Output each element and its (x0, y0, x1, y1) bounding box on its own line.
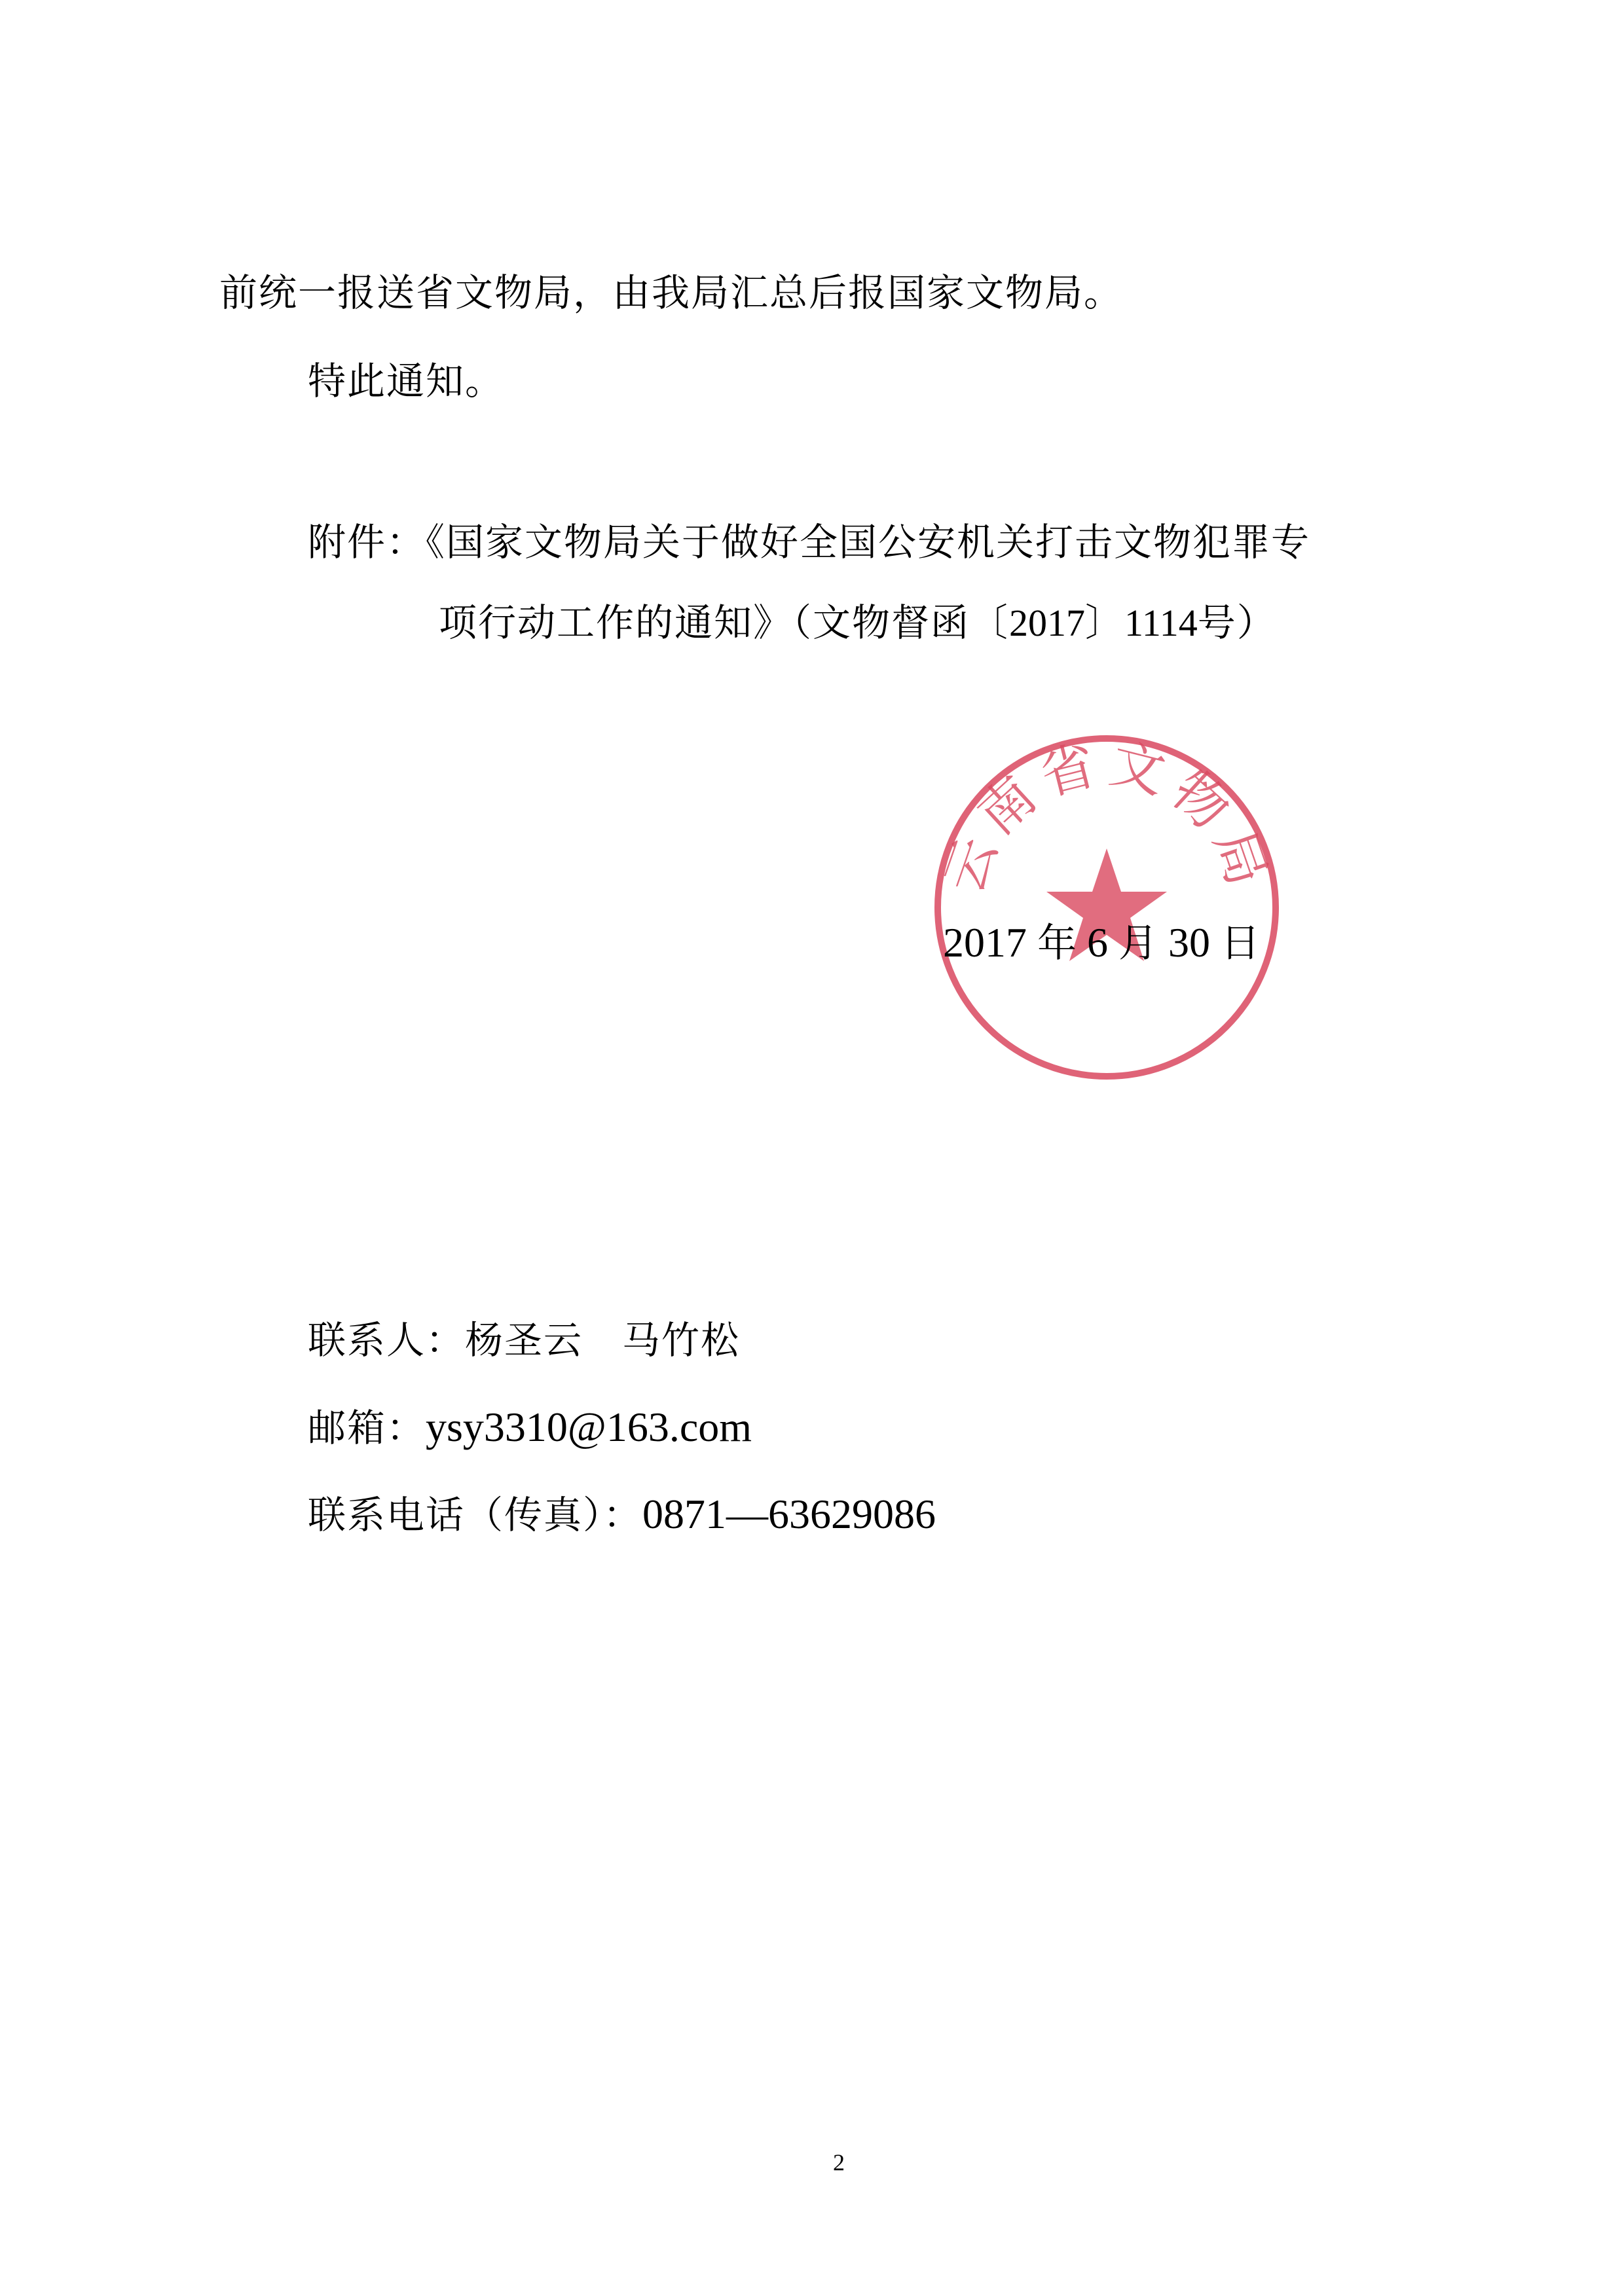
attachment-line-1: 附件：《国家文物局关于做好全国公安机关打击文物犯罪专 (308, 519, 1310, 565)
document-page: 前统一报送省文物局，由我局汇总后报国家文物局。 特此通知。 附件：《国家文物局关… (0, 0, 1624, 2296)
date-month-unit: 月 (1118, 920, 1158, 966)
contact-phone-label: 联系电话（传真）： (308, 1493, 642, 1537)
attachment-label: 附件： (308, 520, 426, 564)
contact-email-label: 邮箱： (308, 1406, 426, 1450)
date-year: 2017 (943, 919, 1027, 966)
attachment-bracket-close: 〕 (1085, 600, 1124, 645)
attachment-line-2: 项行动工作的通知》（文物督函〔2017〕1114号） (439, 600, 1276, 646)
contact-person-label: 联系人： (308, 1318, 465, 1362)
contact-phone-value: 0871—63629086 (642, 1491, 936, 1537)
date-day-unit: 日 (1221, 920, 1260, 966)
attachment-title-1: 《国家文物局关于做好全国公安机关打击文物犯罪专 (426, 520, 1310, 564)
official-seal: 云南省文物局 (931, 732, 1282, 1083)
contact-email-value[interactable]: ysy3310@163.com (426, 1404, 752, 1450)
date-day: 30 (1168, 919, 1210, 966)
contact-persons: 联系人：杨圣云 马竹松 (308, 1317, 740, 1363)
page-number: 2 (833, 2149, 845, 2176)
attachment-title-2: 项行动工作的通知》（文物督函〔 (439, 600, 1009, 645)
paragraph-end: 前统一报送省文物局，由我局汇总后报国家文物局。 (219, 270, 1123, 316)
date-year-unit: 年 (1037, 920, 1077, 966)
attachment-doc-year: 2017 (1009, 602, 1085, 644)
attachment-doc-suffix: 号） (1198, 600, 1276, 645)
contact-email: 邮箱：ysy3310@163.com (308, 1404, 752, 1451)
document-date: 2017 年 6 月 30 日 (943, 917, 1260, 970)
closing-text: 特此通知。 (308, 358, 504, 404)
date-month: 6 (1087, 919, 1108, 966)
attachment-doc-number: 1114 (1124, 602, 1198, 644)
contact-phone: 联系电话（传真）：0871—63629086 (308, 1491, 936, 1538)
contact-person-names: 杨圣云 马竹松 (465, 1318, 740, 1362)
